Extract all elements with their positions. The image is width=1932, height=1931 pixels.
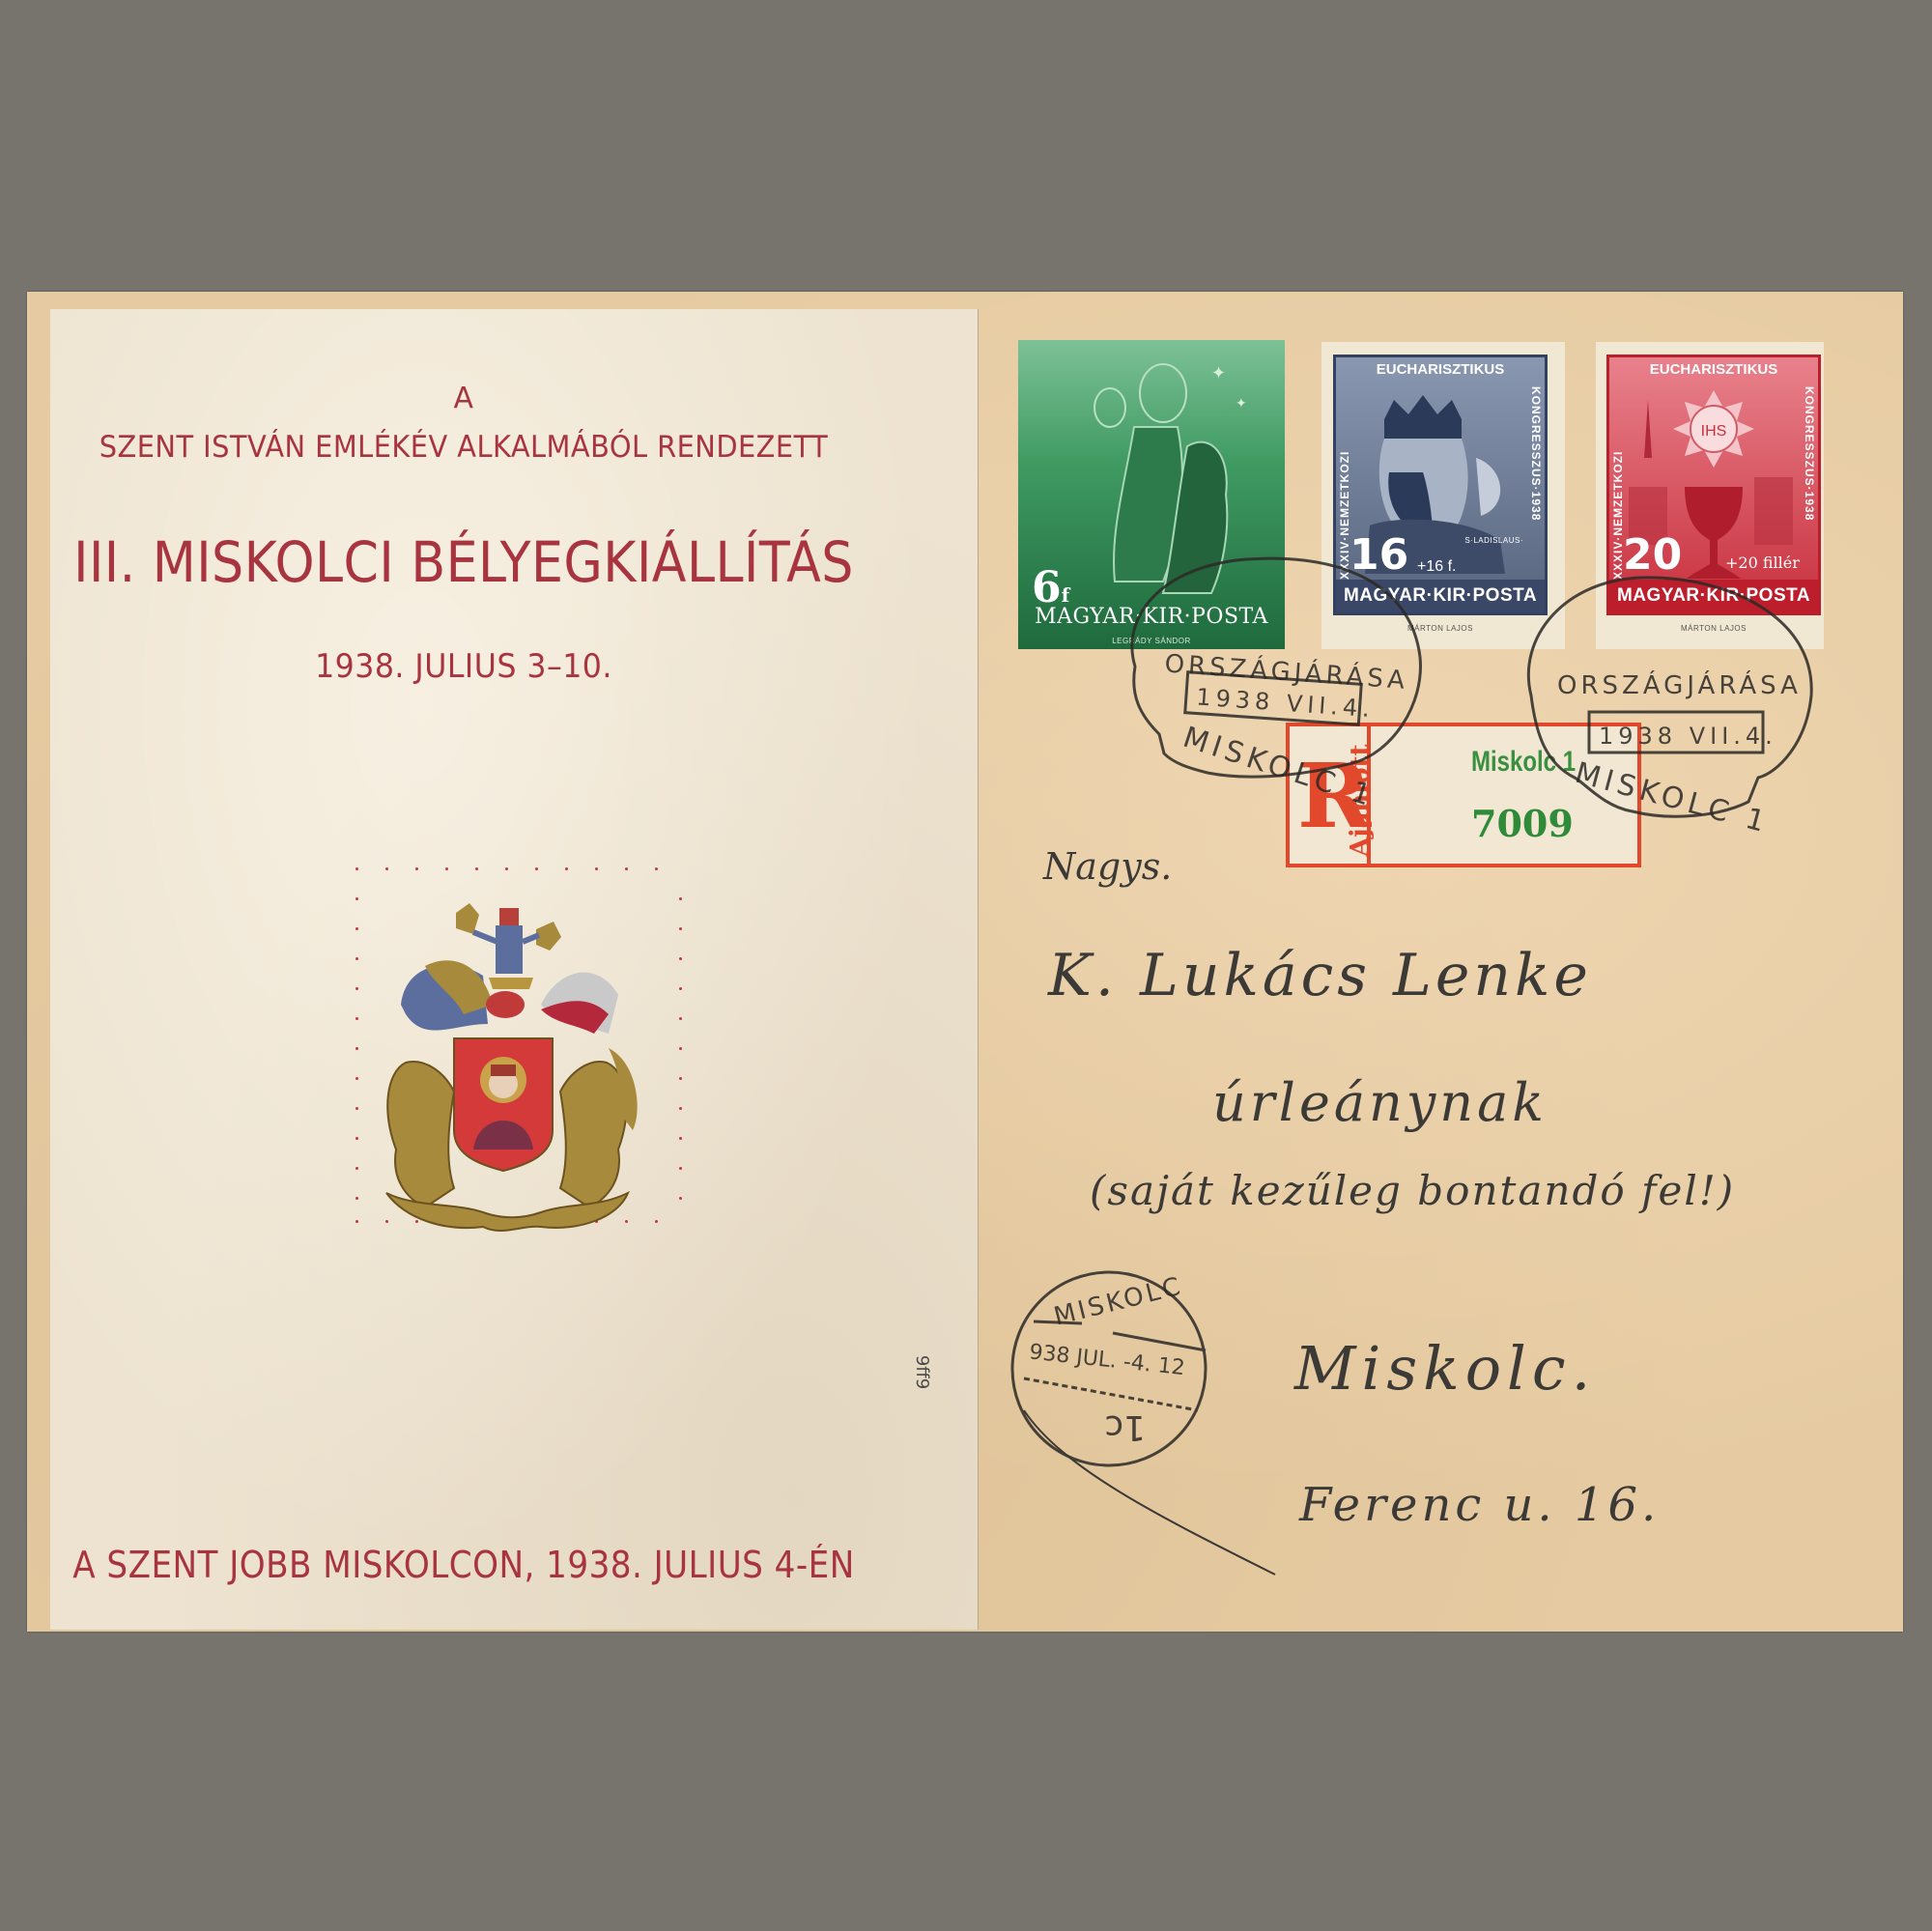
address-note: (saját kezűleg bontandó fel!) [1090,1167,1735,1214]
stamp-country: MAGYAR·KIR·POSTA [1609,580,1818,612]
stamp-surcharge: +16 f. [1417,558,1456,576]
stamp-blue-frame: EUCHARISZTIKUS XXXIV·NEMZETKOZI KONGRESS… [1333,355,1548,615]
stamp-country: MAGYAR·KIR·POSTA [1336,580,1545,612]
stamp-top-text: EUCHARISZTIKUS [1609,357,1818,383]
registration-label: R Ajánlott Miskolc 1 7009 [1286,723,1641,867]
registration-r-box: R Ajánlott [1290,726,1371,864]
stamp-surcharge: +20 fillér [1725,554,1800,572]
stamp-caption: S·LADISLAUS· [1464,536,1523,545]
stamp-designer: MÁRTON LAJOS [1606,624,1821,633]
svg-text:✦: ✦ [1236,395,1247,411]
stamp-top-text: EUCHARISZTIKUS [1336,357,1545,383]
stamp-green-6f: 6f MAGYAR·KIR·POSTA LEGRÁDY SÁNDOR ✦ ✦ [1018,340,1285,649]
saints-illustration-icon: ✦ ✦ [1018,340,1285,649]
svg-text:✦: ✦ [1211,363,1226,383]
registration-place: Miskolc 1 [1471,746,1576,779]
address-name: K. Lukács Lenke [1048,942,1592,1009]
stamp-red-frame: EUCHARISZTIKUS XXXIV·NEMZETKOZI KONGRESS… [1606,355,1821,615]
stamp-value: 16 [1350,530,1408,580]
address-title: úrleánynak [1212,1072,1548,1133]
registration-word: Ajánlott [1346,744,1375,857]
stamp-value: 20 [1623,530,1682,580]
svg-text:IHS: IHS [1701,423,1727,440]
coat-of-arms-icon [0,0,1932,1931]
address-salutation: Nagys. [1043,845,1172,888]
address-street: Ferenc u. 16. [1299,1478,1660,1532]
stamp-designer: MÁRTON LAJOS [1333,624,1548,633]
registration-number: 7009 [1471,802,1574,845]
address-city: Miskolc. [1294,1333,1596,1404]
